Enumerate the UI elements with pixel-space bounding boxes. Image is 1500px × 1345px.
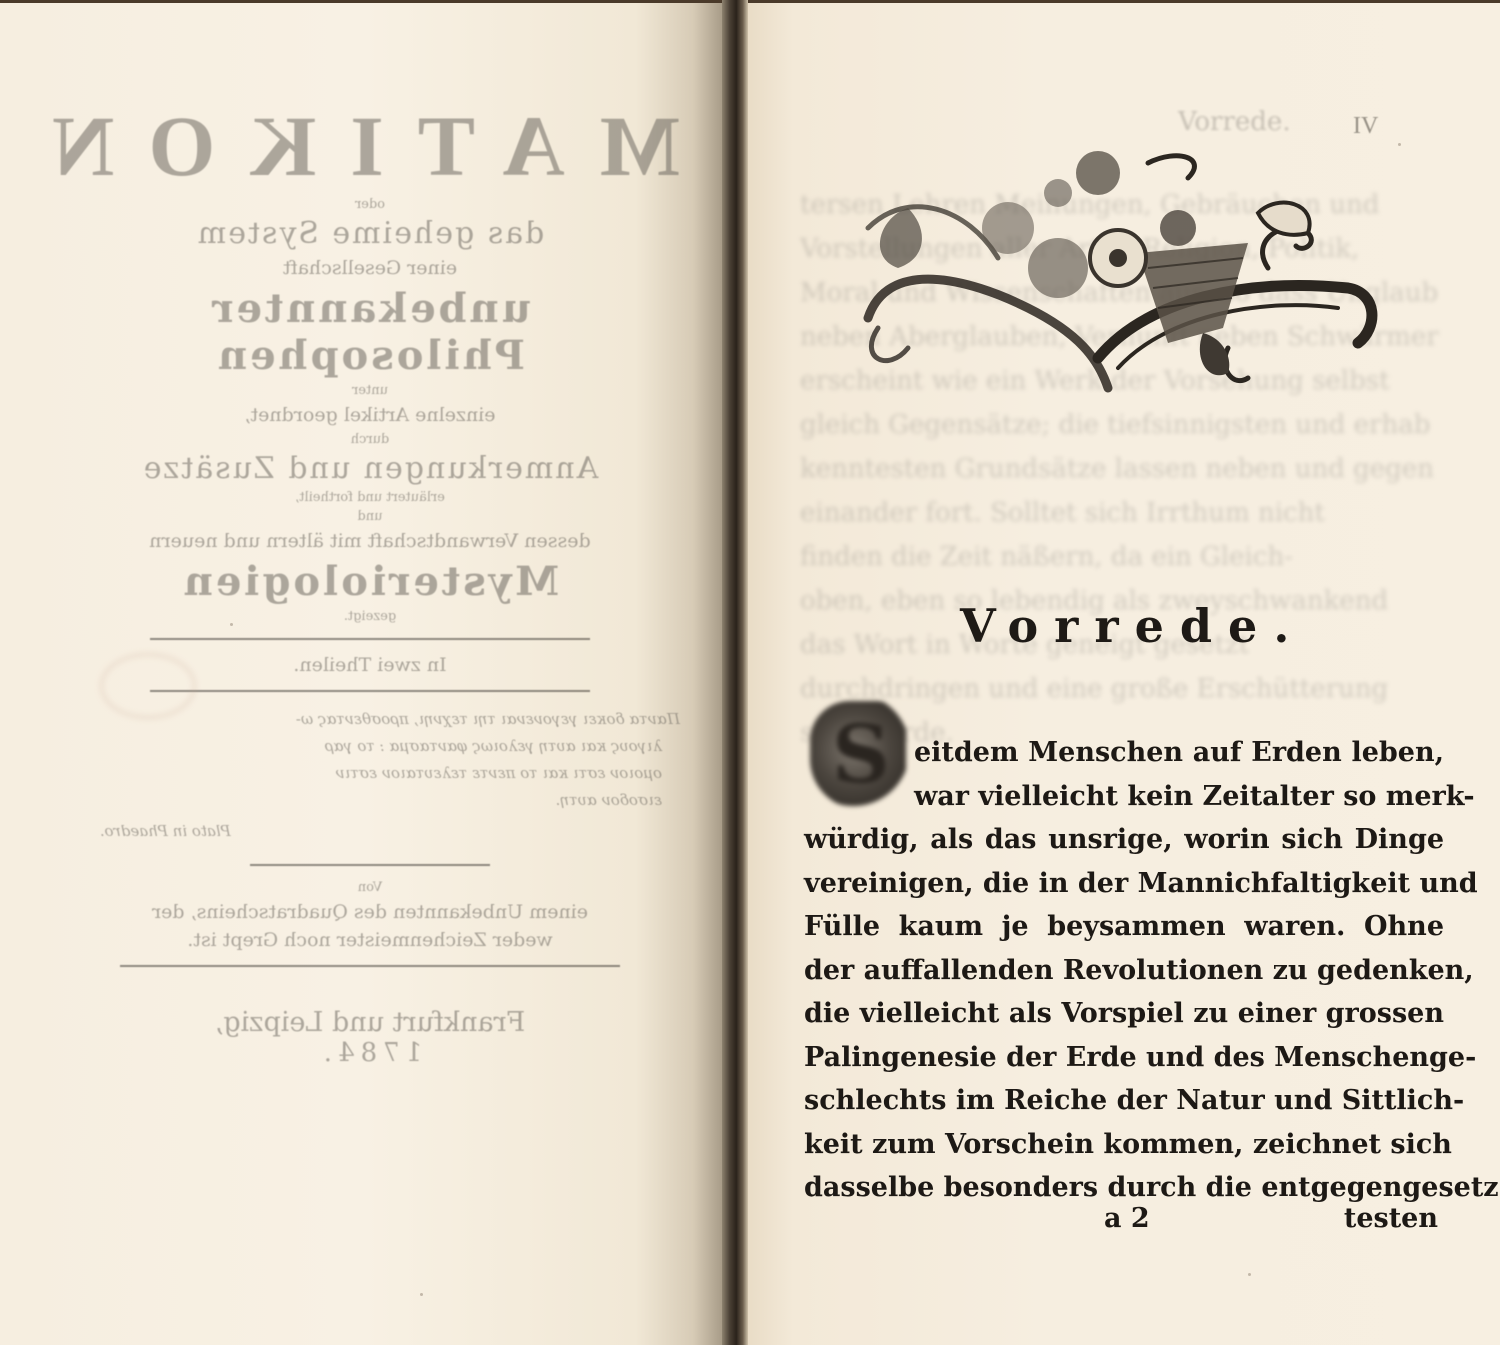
- bleed-rule-4: [120, 965, 620, 967]
- bleed-place: Frankfurt und Leipzig,: [60, 1007, 680, 1038]
- paper-speck: [1398, 143, 1401, 146]
- bleed-greek-quote: Παντα δοκει γεγονεναι τηι τεχνηι, προσθε…: [60, 706, 680, 814]
- left-page: MATIKON oder das geheime System einer Ge…: [0, 3, 722, 1345]
- bleed-attribution: Plato in Phaedro.: [60, 822, 680, 840]
- bleed-subtitle-2: einer Gesellschaft: [60, 257, 680, 279]
- catchword: testen: [1344, 1203, 1438, 1234]
- text-line: der auffallenden Revolutionen zu gedenke…: [804, 949, 1444, 993]
- bleed-year: 1784.: [60, 1038, 680, 1068]
- text-line: war vielleicht kein Zeitalter so merk-: [804, 775, 1444, 819]
- text-line: schlechts im Reiche der Natur und Sittli…: [804, 1079, 1444, 1123]
- bleed-line-8: Mysteriologien: [60, 558, 680, 605]
- bleed-unter: unter: [60, 383, 680, 398]
- bleed-rule-3: [250, 864, 490, 866]
- bleed-line-6: erläutert und fortheilt,: [60, 490, 680, 505]
- bleed-author-1: einem Unbekannten des Quadratscheins, de…: [60, 901, 680, 923]
- bleed-von: Von: [60, 880, 680, 895]
- bleed-und: und: [60, 509, 680, 524]
- page-footer: a 2 testen: [804, 1203, 1444, 1243]
- paper-stain: [100, 653, 196, 719]
- section-heading: Vorrede.: [960, 599, 1305, 653]
- paper-speck: [230, 623, 233, 626]
- text-line: keit zum Vorschein kommen, zeichnet sich: [804, 1123, 1444, 1167]
- paper-speck: [1248, 1273, 1251, 1276]
- bleed-rule-2: [150, 690, 590, 692]
- bleed-line-9: gezeigt.: [60, 609, 680, 624]
- bleed-author-2: weder Zeichenmeister noch Grept ist.: [60, 929, 680, 951]
- bleed-subtitle-3: unbekannter Philosophen: [60, 285, 680, 379]
- bleed-subtitle-1: das geheime System: [60, 216, 680, 251]
- bleed-line-7: dessen Verwandtschaft mit ältern und neu…: [60, 530, 680, 552]
- text-line: eitdem Menschen auf Erden leben,: [804, 731, 1444, 775]
- text-line: Palingenesie der Erde und des Menschenge…: [804, 1036, 1444, 1080]
- body-text: eitdem Menschen auf Erden leben, war vie…: [804, 731, 1444, 1210]
- title-page-bleed-through: MATIKON oder das geheime System einer Ge…: [60, 103, 680, 1068]
- bleed-oder: oder: [60, 197, 680, 212]
- bleed-durch: durch: [60, 432, 680, 447]
- bleed-title: MATIKON: [60, 103, 680, 189]
- bleed-line-5: Anmerkungen und Zusätze: [60, 451, 680, 486]
- text-line: die vielleicht als Vorspiel zu einer gro…: [804, 992, 1444, 1036]
- floral-basket-ornament-icon: [848, 118, 1388, 398]
- bleed-line-4: einzelne Artikel geordnet,: [60, 404, 680, 426]
- text-line: würdig, als das unsrige, worin sich Ding…: [804, 818, 1444, 862]
- signature-mark: a 2: [1104, 1203, 1150, 1234]
- book-spread: MATIKON oder das geheime System einer Ge…: [0, 0, 1500, 1345]
- text-line: vereinigen, die in der Mannichfaltigkeit…: [804, 862, 1444, 906]
- bleed-rule-1: [150, 638, 590, 640]
- text-line: Fülle kaum je beysammen waren. Ohne: [804, 905, 1444, 949]
- paper-speck: [420, 1293, 423, 1296]
- book-gutter: [722, 0, 748, 1345]
- right-page: tersen Lehren Meinungen, Gebräuchen und …: [748, 3, 1500, 1345]
